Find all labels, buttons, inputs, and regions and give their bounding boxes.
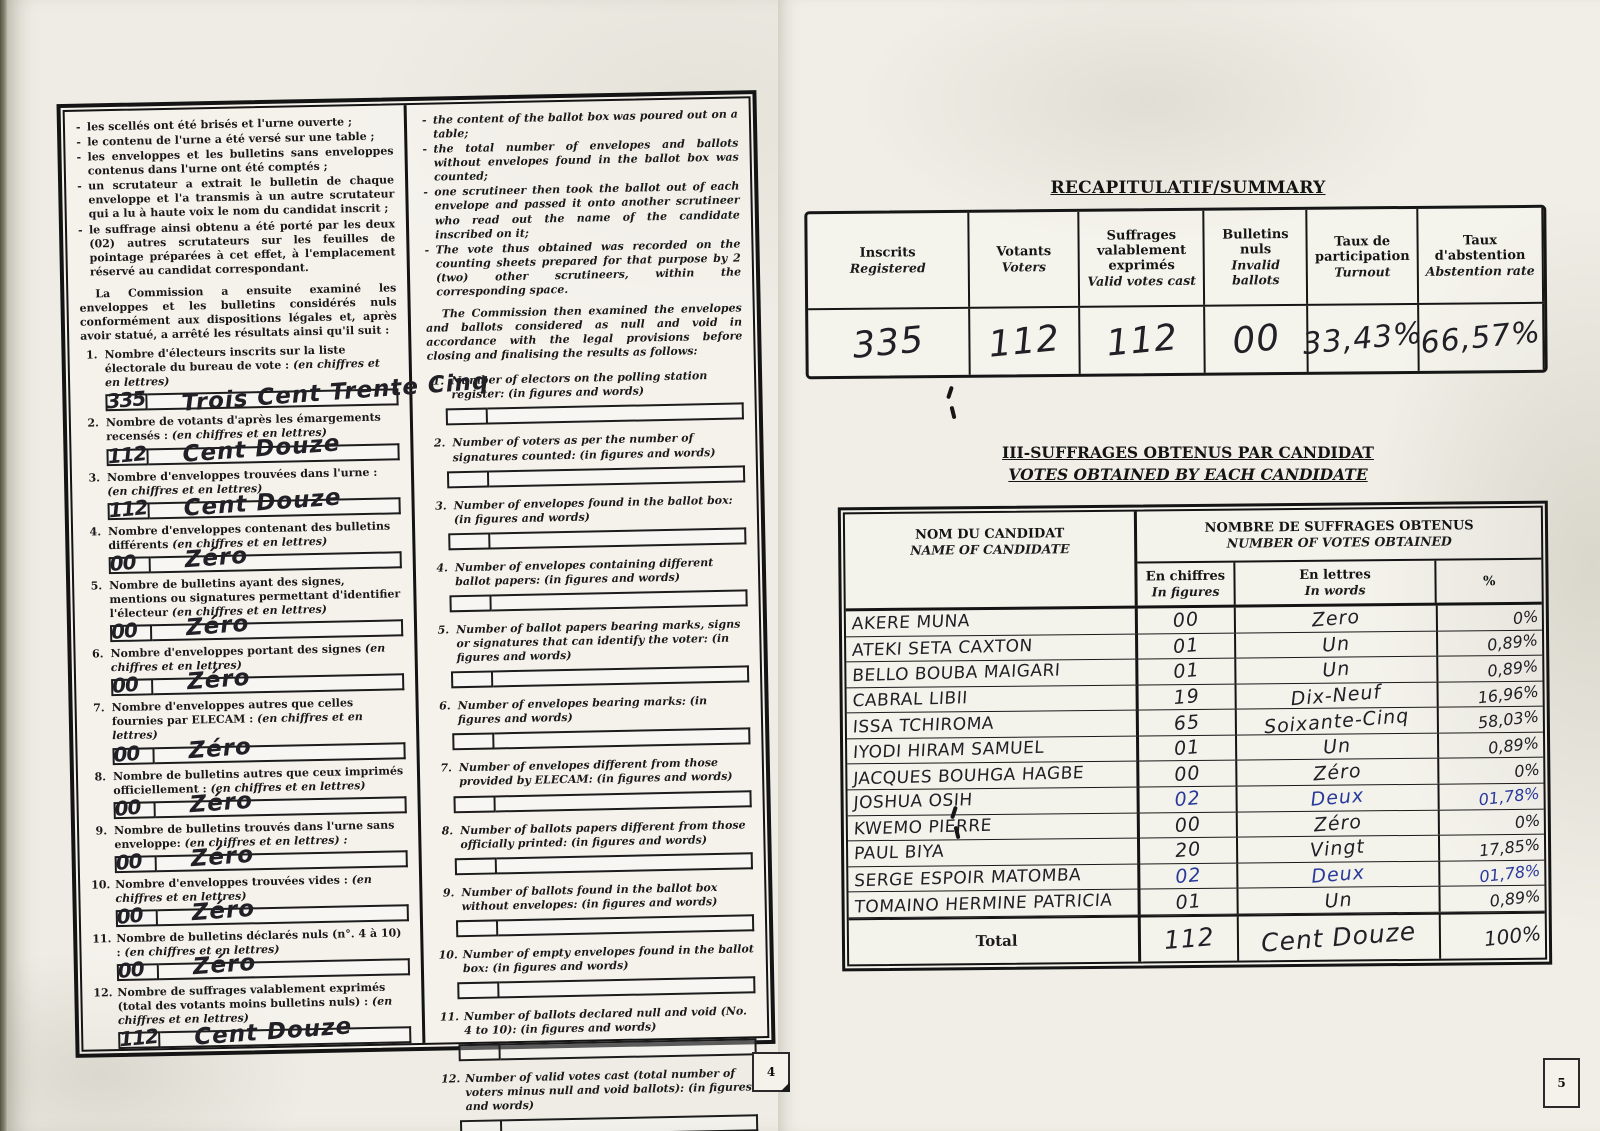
item-number: 12. [441,1072,466,1115]
minutes-form-box: - les scellés ont été brisés et l'urne o… [56,90,775,1058]
item-number: 3. [83,471,108,500]
handwritten-figures: 00 [115,849,143,877]
summary-title: RECAPITULATIF/SUMMARY [948,178,1428,198]
handwritten-words: Zéro [188,732,253,766]
handwritten-figures: 00 [117,957,145,985]
french-form-item: 3. Nombre d'enveloppes trouvées dans l'u… [83,465,401,521]
item-number: 3. [430,499,455,528]
handwritten-percent: 17,85% [1478,835,1541,861]
summary-header-cell: Inscrits Registered [807,213,970,308]
scan-edge [0,0,8,1131]
item-number: 2. [428,437,453,466]
summary-header-cell: Taux de participation Turnout [1308,209,1419,304]
figures-box [449,594,491,612]
handwritten-summary-value: 335 [851,319,926,367]
answer-row: 112 Cent Douze [118,1027,411,1050]
summary-value-cell: 112 [1080,307,1206,374]
handwritten-figures: 00 [114,794,142,822]
handwritten-percent: 58,03% [1477,707,1540,733]
item-number: 11. [440,1010,465,1039]
item-number: 4. [431,561,456,590]
handwritten-percent: 0,89% [1487,733,1540,758]
handwritten-figures: 19 [1173,685,1201,709]
item-label: Number of envelopes found in the ballot … [453,493,732,512]
answer-row-empty [456,914,754,937]
answer-row-empty [455,852,753,875]
item-label: Number of ballot papers bearing marks, s… [456,617,740,650]
handwritten-percent: 0,89% [1487,656,1540,681]
header-percent: % [1437,560,1542,603]
english-form-item: 11. Number of ballots declared null and … [440,1004,757,1061]
total-label: Total [976,932,1018,950]
bullet-dash: - [76,151,88,179]
item-number: 7. [435,762,460,791]
french-form-item: 9. Nombre de bulletins trouvés dans l'ur… [90,818,408,874]
handwritten-words: Soixante-Cinq [1263,704,1410,737]
handwritten-words: Zéro [1312,760,1362,786]
item-number: 8. [436,824,461,853]
words-line [498,914,754,936]
item-hint: (in figures and words) [508,385,644,401]
summary-value-cell: 112 [970,308,1081,375]
header-candidate-name: NOM DU CANDIDAT NAME OF CANDIDATE [845,512,1138,609]
handwritten-candidate-name: TOMAINO HERMINE PATRICIA [854,890,1113,917]
words-line [493,666,749,688]
summary-table-values: 335 112 112 00 33,43% 66, [808,304,1545,376]
handwritten-figures: 00 [1173,762,1201,786]
handwritten-figures: 01 [1173,736,1201,760]
words-line [490,527,746,549]
handwritten-figures: 01 [1172,660,1200,684]
summary-value-cell: 33,43% [1309,305,1420,372]
words-line [497,852,753,874]
english-form-item: 9. Number of ballots found in the ballot… [437,880,754,937]
handwritten-words: Un [1323,888,1353,912]
header-in-words: En lettres In words [1235,561,1437,605]
summary-header-cell: Bulletins nuls Invalid ballots [1205,210,1309,305]
french-form-item: 10. Nombre d'enveloppes trouvées vides :… [91,872,409,928]
figures-box [460,1120,502,1131]
words-line [488,403,744,425]
handwritten-candidate-name: BELLO BOUBA MAIGARI [852,661,1061,687]
handwritten-figures: 00 [1172,608,1200,632]
french-form-item: 5. Nombre de bulletins ayant des signes,… [85,573,403,643]
handwritten-figures: 02 [1174,787,1202,811]
answer-row-empty [449,589,747,612]
handwritten-words: Un [1321,632,1351,656]
item-label: Nombre d'enveloppes portant des signes [110,642,361,660]
item-hint: (in figures and words) [454,510,590,526]
handwritten-candidate-name: PAUL BIYA [853,842,944,864]
item-number: 2. [82,417,107,446]
handwritten-candidate-name: SERGE ESPOIR MATOMBA [854,865,1082,891]
english-form-item: 5. Number of ballot papers bearing marks… [432,617,749,689]
item-hint: (in figures and words) [596,770,732,786]
handwritten-figures: 00 [110,618,138,646]
english-form-item: 4. Number of envelopes containing differ… [431,555,748,612]
answer-row: 00 Zéro [109,551,402,574]
page-number-5: 5 [1543,1058,1580,1108]
answer-row-empty [448,527,746,550]
handwritten-words: Un [1321,658,1351,682]
french-bullet: - le suffrage ainsi obtenu a été porté p… [78,217,396,280]
summary-value-cell: 335 [808,309,970,376]
french-form-item: 6. Nombre d'enveloppes portant des signe… [86,641,404,697]
item-number: 10. [91,878,116,907]
handwritten-words: Vingt [1310,836,1366,862]
english-bullet: - one scrutineer then took the ballot ou… [423,180,740,243]
page-number-4: 4 [752,1052,790,1092]
english-form-item: 7. Number of envelopes different from th… [435,756,752,813]
item-number: 10. [439,948,464,977]
candidates-section-title: III-SUFFRAGES OBTENUS PAR CANDIDAT VOTES… [928,442,1448,485]
handwritten-words: Zéro [191,895,256,929]
words-line [489,465,745,487]
figures-box [457,981,499,999]
item-number: 5. [85,579,110,622]
french-bullet: - un scrutateur a extrait le bulletin de… [77,174,395,223]
figures-box [448,532,490,550]
handwritten-percent: 0% [1513,760,1540,782]
french-form-item: 2. Nombre de votants d'après les émargem… [82,411,400,467]
words-line [499,976,755,998]
item-number: 6. [86,647,111,676]
item-number: 5. [432,623,457,666]
english-form-item: 12. Number of valid votes cast (total nu… [441,1066,758,1131]
item-number: 8. [89,770,114,799]
french-form-item: 4. Nombre d'enveloppes contenant des bul… [84,519,402,575]
handwritten-words: Deux [1310,862,1365,888]
handwritten-summary-value: 66,57% [1419,314,1542,360]
handwritten-summary-value: 00 [1231,317,1283,362]
handwritten-total-words: Cent Douze [1260,917,1417,958]
right-page: RECAPITULATIF/SUMMARY Inscrits Registere… [778,0,1600,1131]
english-bullet: - the total number of envelopes and ball… [422,137,739,186]
words-line [494,728,750,750]
item-hint: (in figures and words) [579,446,715,462]
item-label: Number of envelopes bearing marks: [458,695,686,713]
handwritten-figures: 00 [112,740,140,768]
item-number: 7. [88,701,113,744]
candidates-title-fr: III-SUFFRAGES OBTENUS PAR CANDIDAT [928,442,1448,464]
answer-row: 00 Zéro [117,958,410,981]
handwritten-figures: 112 [118,1024,159,1053]
answer-row-empty [453,790,751,813]
handwritten-total-percent: 100% [1483,921,1543,951]
handwritten-figures: 00 [1174,813,1202,837]
answer-row: 112 Cent Douze [108,497,401,520]
french-column: - les scellés ont été brisés et l'urne o… [65,105,426,1050]
handwritten-candidate-name: JACQUES BOUHGA HAGBE [853,763,1085,789]
total-row: Total 112 Cent Douze 100% [849,912,1545,965]
handwritten-figures: 335 [105,387,146,416]
handwritten-words: Zéro [185,610,250,644]
ink-mark [952,806,959,839]
handwritten-figures: 00 [109,550,137,578]
handwritten-candidate-name: CABRAL LIBII [852,688,968,711]
english-paragraph: The Commission then examined the envelop… [426,301,743,364]
french-form-item: 8. Nombre de bulletins autres que ceux i… [89,764,407,820]
handwritten-total-figures: 112 [1163,923,1216,956]
bullet-dash: - [77,180,89,222]
ink-mark [948,386,955,419]
english-form-item: 6. Number of envelopes bearing marks: (i… [434,694,751,751]
english-form-item: 10. Number of empty envelopes found in t… [439,942,756,999]
item-hint: (in figures and words) [581,895,717,911]
handwritten-percent: 16,96% [1477,681,1540,707]
item-number: 1. [80,348,105,391]
answer-row: 00 Zéro [111,674,404,697]
french-paragraph: La Commission a ensuite examiné les enve… [79,281,397,344]
answer-row: 00 Zéro [114,796,407,819]
handwritten-percent: 01,78% [1478,783,1541,809]
answer-row: 112 Cent Douze [106,443,399,466]
item-number: 9. [90,824,115,853]
english-form-item: 2. Number of voters as per the number of… [428,431,745,488]
handwritten-figures: 02 [1174,864,1202,888]
handwritten-figures: 65 [1173,711,1201,735]
handwritten-summary-value: 33,43% [1301,315,1424,361]
answer-row: 00 Zéro [112,742,405,765]
handwritten-figures: 20 [1174,839,1202,863]
answer-row-empty [446,403,744,426]
header-in-figures: En chiffres In figures [1138,563,1236,606]
french-form-item: 11. Nombre de bulletins déclarés nuls (n… [92,926,410,982]
handwritten-candidate-name: ISSA TCHIROMA [852,713,994,737]
answer-row-empty [457,976,755,999]
figures-box [446,408,488,426]
figures-box [447,470,489,488]
figures-box [455,857,497,875]
answer-row-empty [460,1115,758,1131]
handwritten-candidate-name: KWEMO PIERRE [853,816,992,840]
handwritten-words: Zéro [1313,811,1363,837]
handwritten-figures: 00 [111,672,139,700]
words-line [495,790,751,812]
candidates-title-en: VOTES OBTAINED BY EACH CANDIDATE [928,464,1448,486]
item-label: Nombre de suffrages valablement exprimés… [117,981,385,1013]
summary-value-cell: 00 [1206,306,1310,373]
figures-box [458,1044,500,1062]
bullet-dash: - [76,121,87,135]
item-label: Nombre d'enveloppes trouvées vides : [115,873,348,891]
answer-row-empty [452,728,750,751]
item-number: 9. [437,886,462,915]
english-form-item: 8. Number of ballots papers different fr… [436,818,753,875]
handwritten-candidate-name: ATEKI SETA CAXTON [851,636,1033,661]
item-number: 11. [92,932,117,961]
item-hint: (in figures and words) [571,833,707,849]
handwritten-percent: 01,78% [1478,860,1541,886]
summary-header-cell: Votants Voters [969,212,1080,307]
handwritten-summary-value: 112 [987,317,1062,365]
handwritten-percent: 0% [1513,811,1540,833]
item-number: 12. [93,986,118,1029]
handwritten-percent: 0,89% [1489,886,1542,911]
summary-value-cell: 66,57% [1419,304,1545,371]
answer-row-empty [451,666,749,689]
handwritten-words: Zero [1311,606,1361,632]
answer-row: 335 Trois Cent Trente Cinq [105,389,398,412]
header-votes-obtained: NOMBRE DE SUFFRAGES OBTENUS NUMBER OF VO… [1137,508,1541,564]
bullet-dash: - [422,143,434,185]
item-hint: (in figures and words) [520,1020,656,1036]
handwritten-figures: 01 [1172,634,1200,658]
handwritten-figures: 112 [106,441,147,470]
answer-row-empty [458,1038,756,1061]
words-line [502,1115,758,1131]
handwritten-summary-value: 112 [1105,316,1180,364]
french-form-item: 12. Nombre de suffrages valablement expr… [93,980,411,1050]
candidates-table: NOM DU CANDIDAT NAME OF CANDIDATE NOMBRE… [838,501,1552,972]
handwritten-percent: 0% [1511,606,1538,628]
item-hint: (in figures and words) [492,959,628,975]
summary-table-header: Inscrits Registered Votants Voters Suffr… [807,208,1544,310]
english-column: - the content of the ballot box was pour… [407,98,768,1043]
answer-row: 00 Zéro [110,619,403,642]
handwritten-words: Zéro [184,542,249,576]
summary-table: Inscrits Registered Votants Voters Suffr… [804,205,1547,379]
handwritten-words: Zéro [189,786,254,820]
french-form-item: 7. Nombre d'enveloppes autres que celles… [88,696,406,766]
handwritten-words: Deux [1310,785,1365,811]
words-line [491,589,747,611]
handwritten-words: Zéro [186,664,251,698]
candidates-rows: AKERE MUNA 00 Zero 0% ATEKI SETA CAXTON … [846,605,1545,965]
handwritten-candidate-name: AKERE MUNA [851,611,970,634]
summary-header-cell: Suffrages valablement exprimés Valid vot… [1080,211,1206,306]
left-page: - les scellés ont été brisés et l'urne o… [8,0,778,1131]
item-number: 4. [84,525,109,554]
english-bullet: - The vote thus obtained was recorded on… [424,237,741,300]
item-hint: (in figures and words) [544,571,680,587]
handwritten-words: Zéro [192,949,257,983]
figures-box [452,733,494,751]
item-label: Nombre d'enveloppes trouvées dans l'urne… [107,465,378,483]
figures-box [451,671,493,689]
candidates-table-header: NOM DU CANDIDAT NAME OF CANDIDATE NOMBRE… [845,508,1542,612]
handwritten-percent: 0,89% [1486,630,1539,655]
handwritten-figures: 112 [108,495,149,524]
bullet-dash: - [422,114,434,142]
handwritten-figures: 01 [1175,890,1203,914]
words-line [500,1038,756,1060]
item-number: 6. [434,699,459,728]
handwritten-words: Zéro [190,840,255,874]
summary-header-cell: Taux d'abstention Abstention rate [1418,208,1544,303]
answer-row: 00 Zéro [115,850,408,873]
answer-row: 00 Zéro [116,904,409,927]
figures-box [456,919,498,937]
english-form-item: 3. Number of envelopes found in the ball… [430,493,747,550]
figures-box [453,795,495,813]
handwritten-figures: 00 [116,903,144,931]
handwritten-candidate-name: IYODI HIRAM SAMUEL [852,738,1044,763]
answer-row-empty [447,465,745,488]
handwritten-words: Un [1322,735,1352,759]
french-form-item: 1. Nombre d'électeurs inscrits sur la li… [80,342,398,412]
handwritten-words: Dix-Neuf [1290,681,1382,710]
bullet-dash: - [76,136,87,150]
